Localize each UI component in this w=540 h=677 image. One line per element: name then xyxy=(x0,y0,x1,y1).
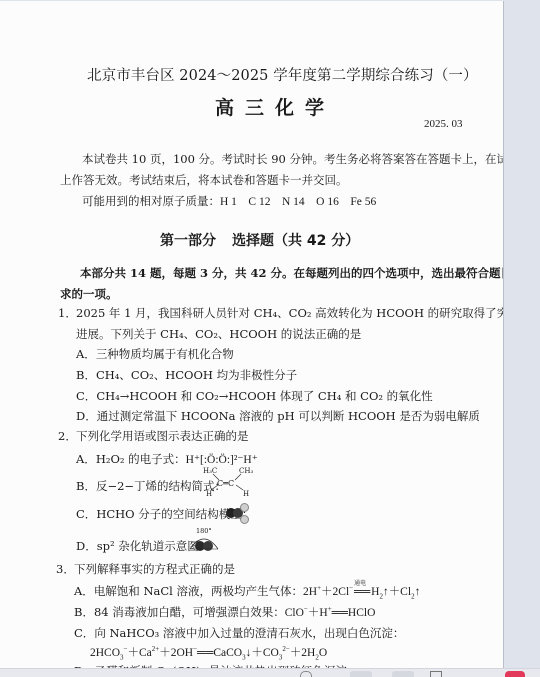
section-title: 选择题（共 42 分） xyxy=(232,233,359,249)
bond-lines-icon xyxy=(203,467,253,499)
single-page-button[interactable] xyxy=(392,671,414,677)
question-2-option-a[interactable]: A．H₂O₂ 的电子式：H⁺[:Ö:Ö:]²⁻H⁺ xyxy=(76,452,258,468)
trans-2-butene-structure: H₃C CH₃ C═C H H xyxy=(203,467,253,499)
question-1-option-c[interactable]: C．CH₄→HCOOH 和 CO₂→HCOOH 体现了 CH₄ 和 CO₂ 的氧… xyxy=(76,389,433,404)
question-1-stem-2: 进展。下列关于 CH₄、CO₂、HCOOH 的说法正确的是 xyxy=(76,327,361,342)
document-page: 北京市丰台区 2024～2025 学年度第二学期综合练习（一） 高三化学 202… xyxy=(0,1,504,668)
question-3-option-a[interactable]: A．电解饱和 NaCl 溶液，两极均产生气体：2H+＋2Cl−通电══H2↑＋C… xyxy=(74,584,420,600)
question-3-option-b[interactable]: B．84 消毒液加白醋，可增强漂白效果：ClO−＋H+══HClO xyxy=(74,605,375,621)
question-1-option-d[interactable]: D．通过测定常温下 HCOONa 溶液的 pH 可以判断 HCOOH 是否为弱电… xyxy=(76,409,480,424)
bicarbonate-equation: 2HCO3−＋Ca2+＋2OH−══CaCO3↓＋CO32−＋2H2O xyxy=(90,646,327,661)
question-1-stem-1: 2025 年 1 月，我国科研人员针对 CH₄、CO₂ 高效转化为 HCOOH … xyxy=(76,306,504,321)
atomic-masses-values: H 1 C 12 N 14 O 16 Fe 56 xyxy=(220,196,376,208)
intro-line-1: 本试卷共 10 页，100 分。考试时长 90 分钟。考生务必将答案答在答题卡上… xyxy=(82,152,504,167)
question-1-option-b[interactable]: B．CH₄、CO₂、HCOOH 均为非极性分子 xyxy=(76,368,297,383)
hypochlorite-equation: ClO−＋H+══HClO xyxy=(285,607,376,619)
question-3-number: 3． xyxy=(56,562,75,577)
zoom-icon[interactable] xyxy=(300,671,312,677)
exam-subject: 高三化学 xyxy=(215,93,335,120)
accent-action-button[interactable] xyxy=(505,671,525,677)
question-3-option-c[interactable]: C．向 NaHCO₃ 溶液中加入过量的澄清石灰水，出现白色沉淀： xyxy=(74,626,404,641)
section-part: 第一部分 xyxy=(160,233,216,249)
exam-date: 2025. 03 xyxy=(424,118,463,130)
question-2-number: 2． xyxy=(58,429,77,444)
section-intro-line-1: 本部分共 14 题，每题 3 分，共 42 分。在每题列出的四个选项中，选出最符… xyxy=(80,266,504,281)
question-1-number: 1． xyxy=(58,306,77,321)
h2o2-electron-formula: H⁺[:Ö:Ö:]²⁻H⁺ xyxy=(186,454,258,466)
section-heading: 第一部分选择题（共 42 分） xyxy=(160,230,359,250)
two-page-button[interactable] xyxy=(430,671,442,677)
viewer-toolbar xyxy=(0,668,540,677)
fit-width-button[interactable] xyxy=(350,671,372,677)
question-3-stem: 下列解释事实的方程式正确的是 xyxy=(74,562,235,577)
atomic-masses: 可能用到的相对原子质量：H 1 C 12 N 14 O 16 Fe 56 xyxy=(82,194,376,210)
exam-title: 北京市丰台区 2024～2025 学年度第二学期综合练习（一） xyxy=(87,64,478,85)
intro-line-2: 上作答无效。考试结束后，将本试卷和答题卡一并交回。 xyxy=(60,173,348,188)
sp2-orbital-icon: 180° xyxy=(187,527,221,553)
electrolysis-equation: 2H+＋2Cl−通电══H2↑＋Cl2↑ xyxy=(303,586,420,598)
section-intro-line-2: 求的一项。 xyxy=(60,287,118,302)
question-2-stem: 下列化学用语或图示表达正确的是 xyxy=(76,429,249,444)
atomic-masses-label: 可能用到的相对原子质量： xyxy=(82,194,220,208)
question-1-option-a[interactable]: A．三种物质均属于有机化合物 xyxy=(76,347,234,362)
hcho-model-icon xyxy=(226,503,248,523)
